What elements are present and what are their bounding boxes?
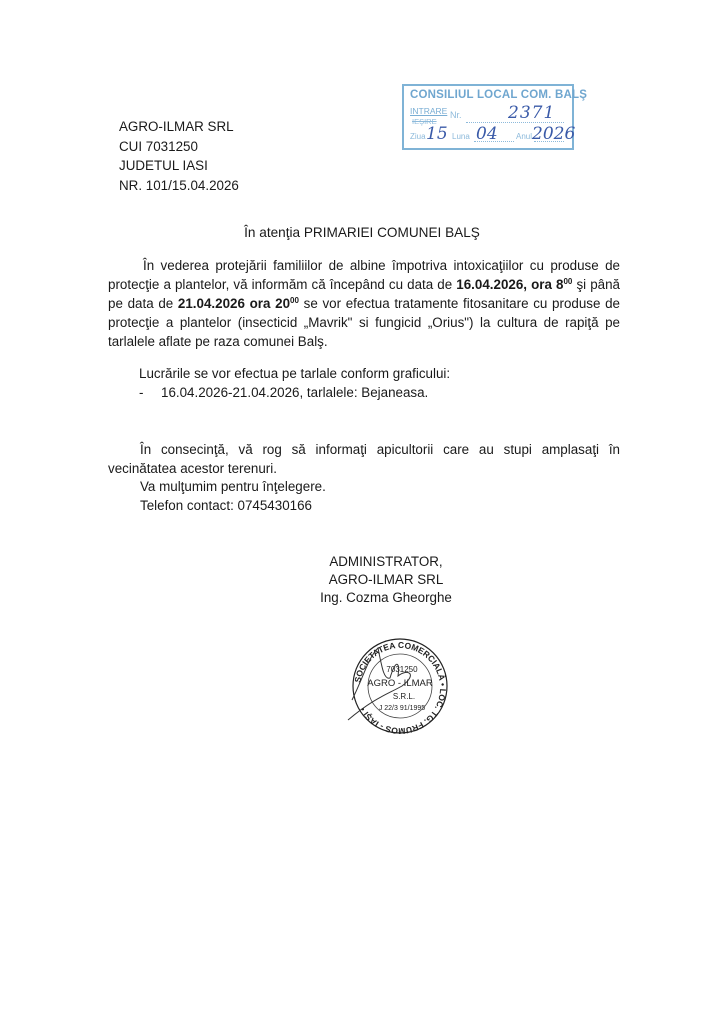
stamp-day-value: 15 — [426, 124, 448, 144]
stamp-year-label: Anul — [516, 132, 532, 141]
seal-graphic: SOCIETATEA COMERCIALĂ • LOC. TG. FRUMOS … — [338, 628, 460, 736]
attention-line: În atenţia PRIMARIEI COMUNEI BALŞ — [0, 225, 724, 240]
seal-registration: J 22/3 91/1995 — [379, 705, 425, 712]
registration-stamp: CONSILIUL LOCAL COM. BALŞ INTRARE IEŞIRE… — [402, 84, 574, 150]
thanks-line: Va mulţumim pentru înţelegere. — [140, 477, 326, 496]
company-seal: SOCIETATEA COMERCIALĂ • LOC. TG. FRUMOS … — [338, 628, 460, 736]
list-bullet: - — [139, 383, 161, 402]
stamp-number-label: Nr. — [450, 110, 462, 120]
seal-company-type: S.R.L. — [393, 692, 415, 701]
signature-name: Ing. Cozma Gheorghe — [0, 589, 724, 607]
phone-contact: Telefon contact: 0745430166 — [140, 496, 312, 515]
signature-block: ADMINISTRATOR, AGRO-ILMAR SRL Ing. Cozma… — [0, 553, 724, 607]
sender-cui: CUI 7031250 — [119, 137, 239, 157]
stamp-number-value: 2371 — [508, 103, 555, 123]
stamp-month-dotline — [474, 141, 514, 142]
end-datetime: 21.04.2026 ora 2000 — [178, 296, 299, 311]
sender-county: JUDETUL IASI — [119, 156, 239, 176]
stamp-day-label: Ziua — [410, 132, 426, 141]
stamp-entry-label: INTRARE — [410, 106, 447, 116]
works-intro: Lucrările se vor efectua pe tarlale conf… — [139, 364, 450, 383]
beekeepers-paragraph: În consecinţă, vă rog să informaţi apicu… — [108, 440, 620, 478]
works-list-item: -16.04.2026-21.04.2026, tarlalele: Bejan… — [139, 383, 428, 402]
sender-block: AGRO-ILMAR SRL CUI 7031250 JUDETUL IASI … — [119, 117, 239, 195]
signature-role: ADMINISTRATOR, — [0, 553, 724, 571]
seal-cui: 7031250 — [386, 665, 418, 674]
notice-paragraph: În vederea protejării familiilor de albi… — [108, 256, 620, 351]
signature-company: AGRO-ILMAR SRL — [0, 571, 724, 589]
stamp-month-label: Luna — [452, 132, 470, 141]
stamp-year-dotline — [534, 141, 564, 142]
stamp-institution: CONSILIUL LOCAL COM. BALŞ — [410, 89, 587, 101]
sender-reference: NR. 101/15.04.2026 — [119, 176, 239, 196]
works-item-text: 16.04.2026-21.04.2026, tarlalele: Bejane… — [161, 385, 428, 400]
start-datetime: 16.04.2026, ora 800 — [456, 277, 572, 292]
sender-company: AGRO-ILMAR SRL — [119, 117, 239, 137]
